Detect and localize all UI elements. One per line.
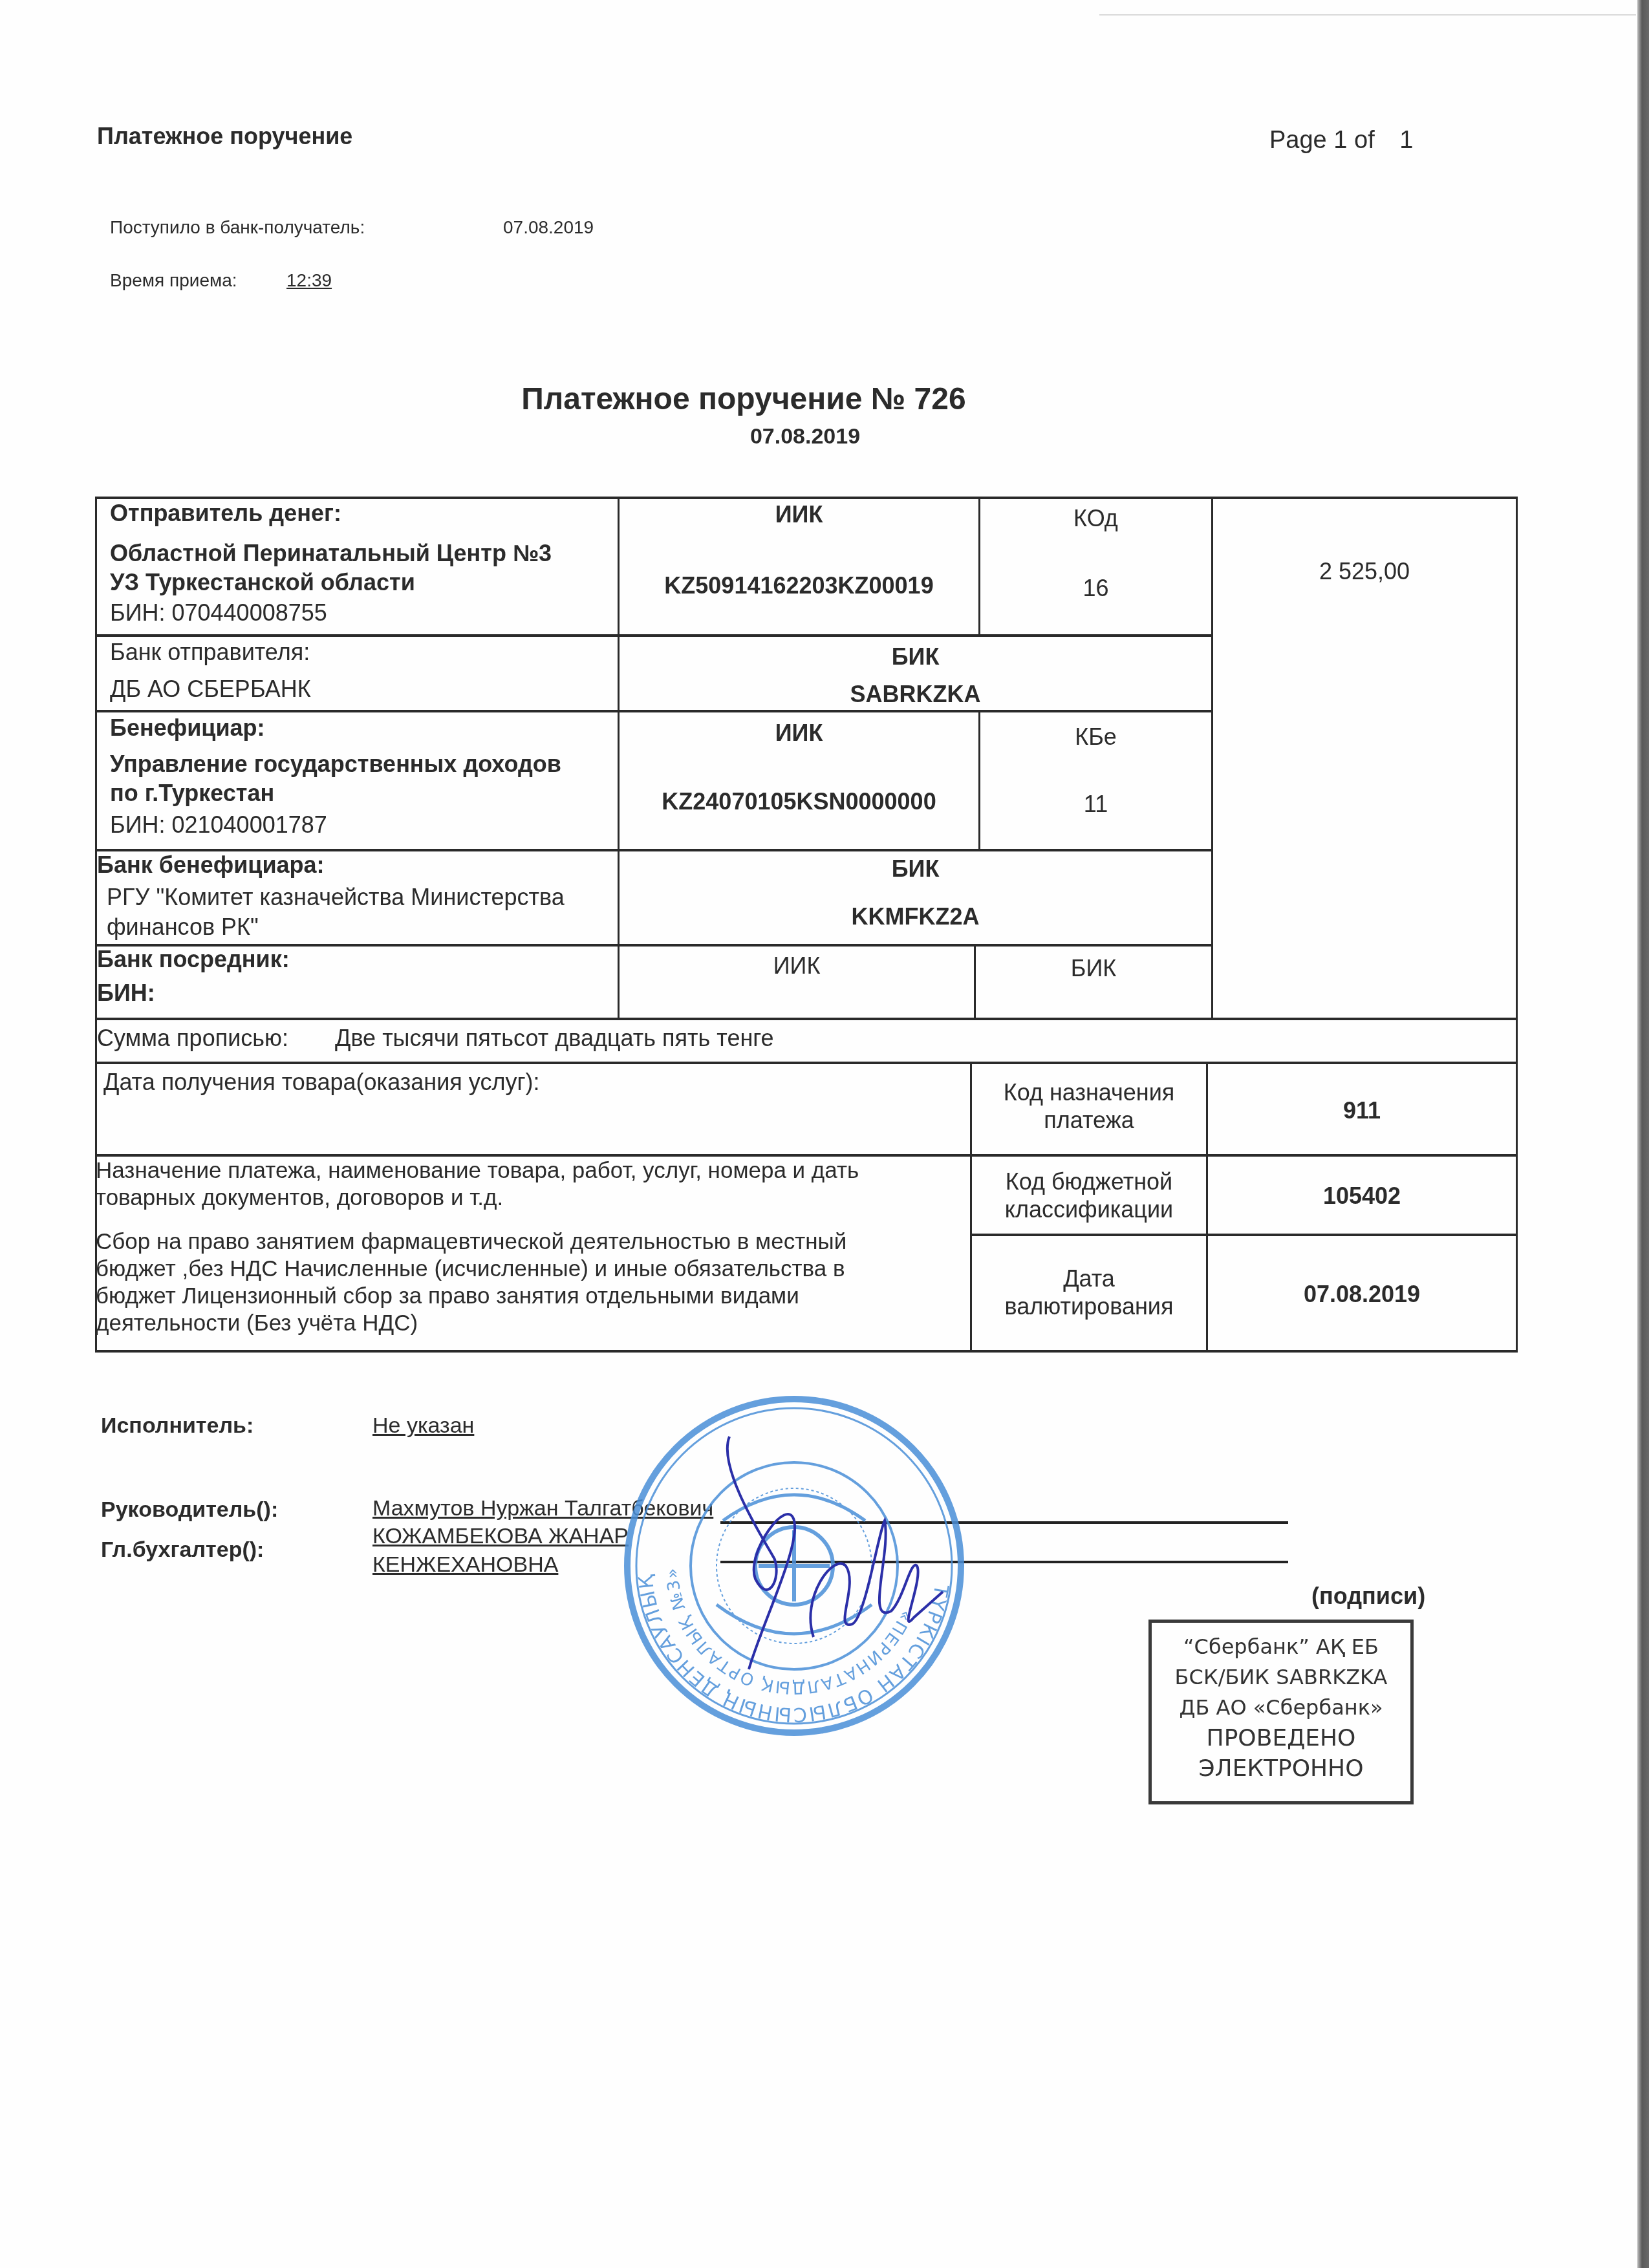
table-border-right [1516,497,1518,1353]
table-border-left [95,497,97,1353]
purpose-text-line2: бюджет ,без НДС Начисленные (исчисленные… [96,1256,846,1283]
scan-topline [1099,14,1636,16]
sender-kod-label: КОд [980,504,1211,532]
row-divider [95,1154,1518,1157]
scan-edge [1637,0,1649,2268]
received-label: Поступило в банк-получатель: [110,217,365,238]
beneficiary-bank-name-line1: РГУ "Комитет казначейства Министерства [107,883,565,911]
bank-stamp-line2: БСК/БИК SABRKZKA [1152,1662,1410,1693]
beneficiary-bin: БИН: 021040001787 [110,811,327,839]
accountant-label: Гл.бухгалтер(): [101,1537,264,1563]
bank-processed-stamp: “Сбербанк” АҚ ЕБ БСК/БИК SABRKZKA ДБ АО … [1148,1620,1414,1804]
kbk-value: 105402 [1208,1182,1516,1210]
accountant-value-line2: КЕНЖЕХАНОВНА [372,1550,629,1579]
kbk-label-line1: Код бюджетной [972,1168,1206,1195]
row-divider [95,1062,1518,1064]
sender-name-line2: УЗ Туркестанской области [110,568,415,596]
value-date-label: Дата валютирования [972,1265,1206,1320]
beneficiary-kbe-value: 11 [980,790,1211,818]
intermediary-iik-label: ИИК [620,952,974,979]
bank-stamp-line5: ЭЛЕКТРОННО [1152,1753,1410,1784]
row-divider [95,710,1212,712]
beneficiary-iik-value: KZ24070105KSN0000000 [620,787,978,815]
value-date-label-line1: Дата [972,1265,1206,1292]
beneficiary-bank-name-line2: финансов РК" [107,913,259,941]
seal-icon: ТҮРКІСТАН ОБЛЫСЫНЫҢ ДЕНСАУЛЫҚ САҚТАУ БАС… [620,1391,969,1740]
sender-bank-bik-label: БИК [620,643,1211,670]
payment-purpose-code-label: Код назначения платежа [972,1078,1206,1134]
sender-bin: БИН: 070440008755 [110,599,327,626]
sender-bank-label: Банк отправителя: [110,638,310,666]
accountant-value: КОЖАМБЕКОВА ЖАНАР КЕНЖЕХАНОВНА [372,1522,629,1579]
purpose-label: Назначение платежа, наименование товара,… [96,1157,859,1212]
document-title: Платежное поручение № 726 [0,381,1487,417]
goods-date-label: Дата получения товара(оказания услуг): [103,1068,540,1096]
bank-stamp-line3: ДБ АО «Сбербанк» [1152,1693,1410,1723]
head-label: Руководитель(): [101,1497,278,1523]
payment-purpose-code-label-line1: Код назначения [972,1078,1206,1106]
executor-label: Исполнитель: [101,1413,253,1439]
page-total: 1 [1399,127,1413,155]
beneficiary-bank-bik-label: БИК [620,855,1211,883]
sender-kod-value: 16 [980,574,1211,602]
beneficiary-label: Бенефициар: [110,714,265,742]
executor-value: Не указан [372,1413,474,1439]
sender-iik-label: ИИК [620,500,978,528]
payment-purpose-code-value: 911 [1208,1097,1516,1124]
accountant-value-line1: КОЖАМБЕКОВА ЖАНАР [372,1522,629,1550]
document-date: 07.08.2019 [0,424,1610,449]
row-divider [970,1234,1518,1236]
received-date: 07.08.2019 [503,217,594,238]
sender-name-line1: Областной Перинатальный Центр №3 [110,539,552,567]
purpose-text: Сбор на право занятием фармацевтической … [96,1228,846,1337]
sender-label: Отправитель денег: [110,499,341,527]
purpose-text-line1: Сбор на право занятием фармацевтической … [96,1228,846,1256]
signatures-caption: (подписи) [1311,1583,1425,1610]
kbk-label: Код бюджетной классификации [972,1168,1206,1223]
amount-words-label: Сумма прописью: [97,1024,288,1052]
kbk-label-line2: классификации [972,1195,1206,1223]
value-date-label-line2: валютирования [972,1292,1206,1320]
purpose-label-line1: Назначение платежа, наименование товара,… [96,1157,859,1184]
purpose-text-line3: бюджет Лицензионный сбор за право заняти… [96,1283,846,1310]
payment-purpose-code-label-line2: платежа [972,1106,1206,1134]
bank-stamp-line1: “Сбербанк” АҚ ЕБ [1152,1632,1410,1662]
header-doc-type: Платежное поручение [97,123,352,150]
time-label: Время приема: [110,270,237,291]
page-indicator: Page 1 of 1 [1269,127,1413,155]
intermediary-bank-bin: БИН: [97,979,155,1007]
bank-stamp-line4: ПРОВЕДЕНО [1152,1723,1410,1753]
organization-seal: ТҮРКІСТАН ОБЛЫСЫНЫҢ ДЕНСАУЛЫҚ САҚТАУ БАС… [620,1391,969,1740]
sender-bank-bik-value: SABRKZKA [620,680,1211,708]
purpose-label-line2: товарных документов, договоров и т.д. [96,1184,859,1212]
beneficiary-name-line1: Управление государственных доходов [110,750,561,778]
row-divider [95,634,1212,637]
purpose-text-line4: деятельности (Без учёта НДС) [96,1310,846,1337]
amount-words-value: Две тысячи пятьсот двадцать пять тенге [335,1024,774,1052]
page-label: Page 1 of [1269,127,1375,155]
beneficiary-name-line2: по г.Туркестан [110,779,274,807]
sender-bank-name: ДБ АО СБЕРБАНК [110,675,311,703]
intermediary-bik-label: БИК [976,954,1211,982]
value-date: 07.08.2019 [1208,1280,1516,1308]
beneficiary-bank-bik-value: KKMFKZ2A [620,903,1211,930]
table-border-bottom [95,1350,1518,1353]
sender-iik-value: KZ50914162203KZ00019 [620,572,978,599]
beneficiary-iik-label: ИИК [620,719,978,747]
intermediary-bank-label: Банк посредник: [97,945,290,973]
time-value: 12:39 [286,270,332,291]
row-divider [95,1018,1518,1020]
beneficiary-bank-label: Банк бенефициара: [97,851,325,879]
payment-amount: 2 525,00 [1213,557,1516,585]
beneficiary-kbe-label: КБе [980,723,1211,751]
